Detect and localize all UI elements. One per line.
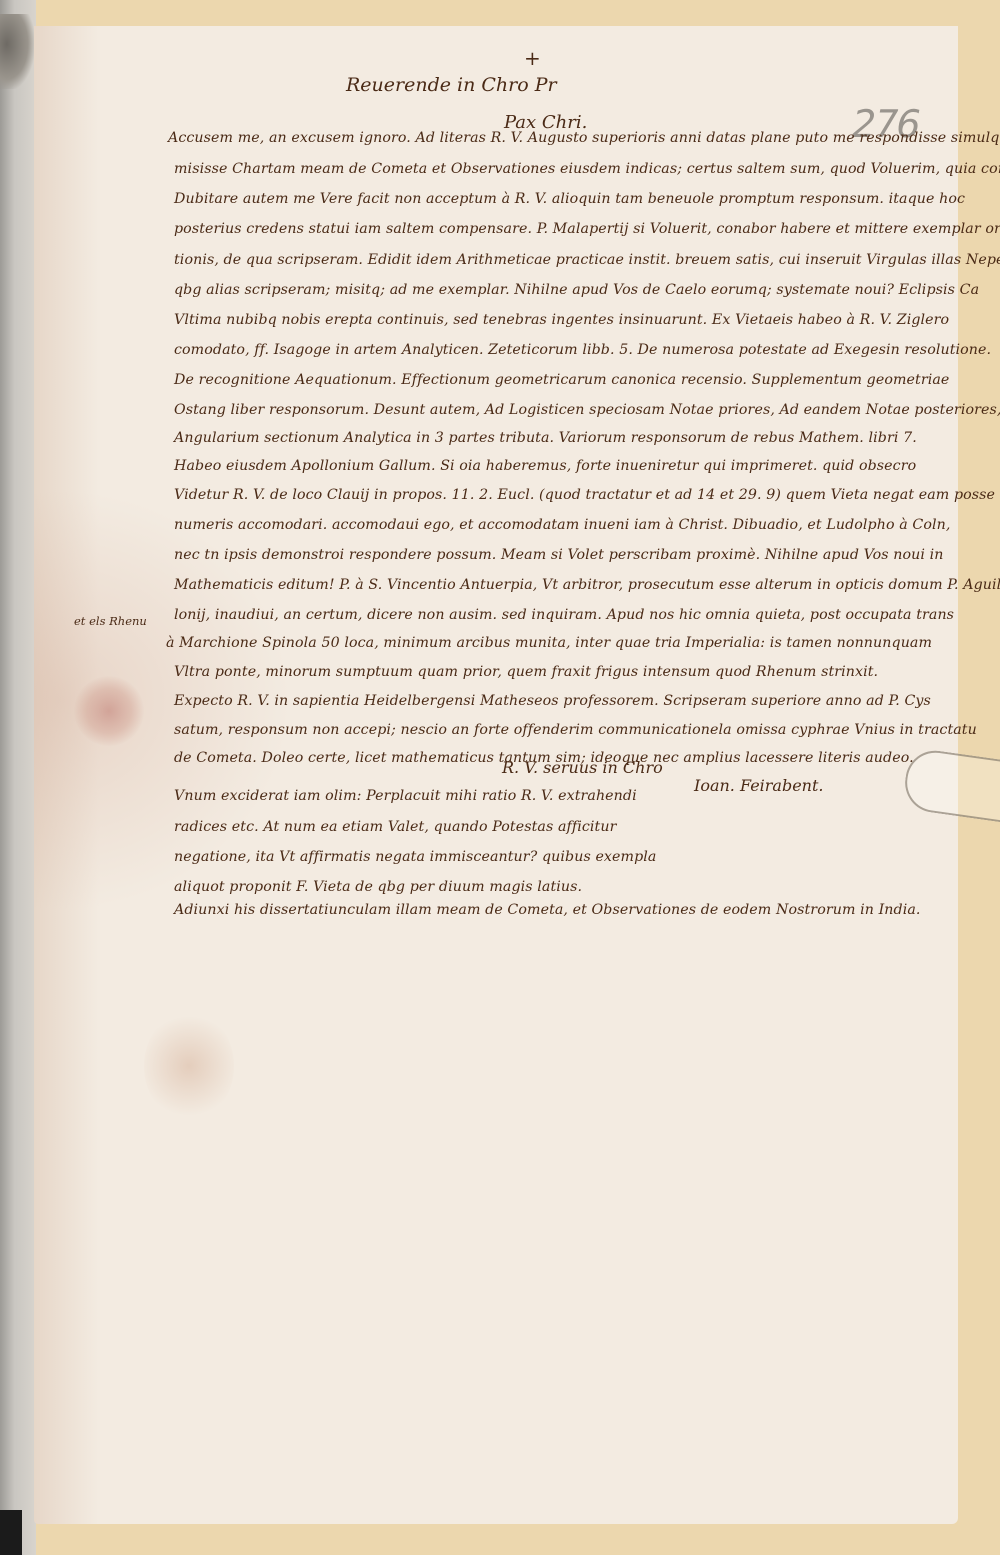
margin-note: et els Rhenu: [74, 614, 147, 628]
postscript-line: negatione, ita Vt affirmatis negata immi…: [174, 849, 656, 865]
closing: R. V. seruus in Chro: [502, 758, 663, 777]
body-line: Accusem me, an excusem ignoro. Ad litera…: [168, 130, 1000, 146]
red-stain: [74, 676, 144, 746]
body-line: Dubitare autem me Vere facit non acceptu…: [174, 191, 965, 207]
book-binding-edge: [0, 0, 36, 1555]
body-line: qbg alias scripseram; misitq; ad me exem…: [174, 282, 979, 298]
signature: Ioan. Feirabent.: [694, 776, 824, 795]
body-line: Videtur R. V. de loco Clauij in propos. …: [174, 487, 995, 503]
foxing-stain: [144, 1011, 234, 1121]
body-line: lonij, inaudiui, an certum, dicere non a…: [174, 607, 954, 623]
body-line: Mathematicis editum! P. à S. Vincentio A…: [174, 577, 1000, 593]
body-line: Vltima nubibq nobis erepta continuis, se…: [174, 312, 949, 328]
manuscript-page: + 276 Reuerende in Chro Pr Pax Chri. Acc…: [34, 26, 958, 1524]
body-line: Habeo eiusdem Apollonium Gallum. Si oia …: [174, 458, 916, 474]
body-line: De recognitione Aequationum. Effectionum…: [174, 372, 949, 388]
postscript-line: aliquot proponit F. Vieta de qbg per diu…: [174, 879, 582, 895]
salutation: Reuerende in Chro Pr: [346, 74, 557, 96]
body-line: satum, responsum non accepi; nescio an f…: [174, 722, 977, 738]
body-line: Expecto R. V. in sapientia Heidelbergens…: [174, 693, 931, 709]
postscript-line: Adiunxi his dissertatiunculam illam meam…: [174, 902, 921, 918]
body-line: Angularium sectionum Analytica in 3 part…: [174, 430, 917, 446]
binding-thread-tuft: [0, 14, 34, 89]
cross-mark: +: [524, 46, 541, 70]
body-line: posterius credens statui iam saltem comp…: [174, 221, 1000, 237]
body-line: Vltra ponte, minorum sumptuum quam prior…: [174, 664, 878, 680]
body-line: misisse Chartam meam de Cometa et Observ…: [174, 161, 1000, 177]
body-line: à Marchione Spinola 50 loca, minimum arc…: [166, 635, 932, 651]
postscript-line: Vnum exciderat iam olim: Perplacuit mihi…: [174, 788, 637, 804]
body-line: Ostang liber responsorum. Desunt autem, …: [174, 402, 1000, 418]
body-line: nec tn ipsis demonstroi respondere possu…: [174, 547, 944, 563]
binding-shadow: [0, 1510, 22, 1555]
body-line: comodato, ff. Isagoge in artem Analytice…: [174, 342, 991, 358]
body-line: tionis, de qua scripseram. Edidit idem A…: [174, 252, 1000, 268]
body-line: numeris accomodari. accomodaui ego, et a…: [174, 517, 950, 533]
postscript-line: radices etc. At num ea etiam Valet, quan…: [174, 819, 616, 835]
